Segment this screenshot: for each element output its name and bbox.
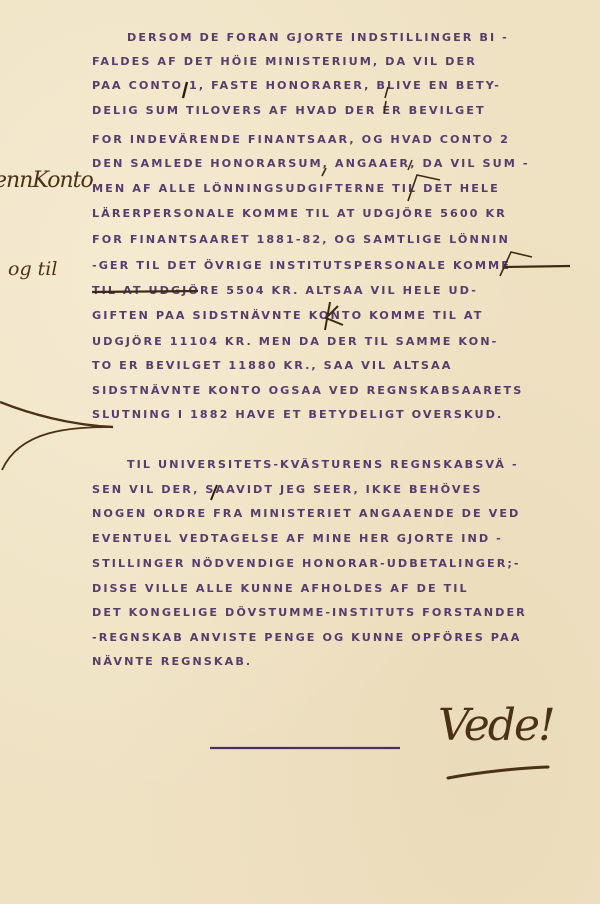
text-line: MEN AF ALLE LÖNNINGSUDGIFTERNE TIL DET H… (92, 183, 500, 196)
text-line: DELIG SUM TILOVERS AF HVAD DER ER BEVILG… (92, 105, 486, 118)
text-line: TIL AT UDGJÖRE 5504 KR. ALTSAA VIL HELE … (92, 285, 478, 298)
text-line: DERSOM DE FORAN GJORTE INDSTILLINGER BI … (127, 32, 509, 45)
text-line: -GER TIL DET ÖVRIGE INSTITUTSPERSONALE K… (92, 260, 511, 273)
text-line: STILLINGER NÖDVENDIGE HONORAR-UDBETALING… (92, 558, 521, 571)
signature: Vede! (438, 700, 554, 751)
text-line: DET KONGELIGE DÖVSTUMME-INSTITUTS FORSTA… (92, 607, 527, 620)
text-line: DISSE VILLE ALLE KUNNE AFHOLDES AF DE TI… (92, 583, 469, 596)
text-line: FOR FINANTSAARET 1881-82, OG SAMTLIGE LÖ… (92, 234, 510, 247)
text-line: LÄRERPERSONALE KOMME TIL AT UDGJÖRE 5600… (92, 208, 507, 221)
text-line: TO ER BEVILGET 11880 KR., SAA VIL ALTSAA (92, 360, 452, 373)
text-line: TIL UNIVERSITETS-KVÄSTURENS REGNSKABSVÄ … (127, 459, 519, 472)
text-line: EVENTUEL VEDTAGELSE AF MINE HER GJORTE I… (92, 533, 503, 546)
text-line: -REGNSKAB ANVISTE PENGE OG KUNNE OPFÖRES… (92, 632, 521, 645)
margin-note-konto: ennKonto (0, 168, 93, 193)
document-page: DERSOM DE FORAN GJORTE INDSTILLINGER BI … (0, 0, 600, 904)
text-line: PAA CONTO 1, FASTE HONORARER, BLIVE EN B… (92, 80, 501, 93)
text-line: DEN SAMLEDE HONORARSUM, ANGAAER, DA VIL … (92, 158, 530, 171)
text-line: FOR INDEVÄRENDE FINANTSAAR, OG HVAD CONT… (92, 134, 510, 147)
margin-note-og-til: og til (8, 258, 57, 280)
text-line: UDGJÖRE 11104 KR. MEN DA DER TIL SAMME K… (92, 336, 498, 349)
text-line: SLUTNING I 1882 HAVE ET BETYDELIGT OVERS… (92, 409, 503, 422)
text-line: NOGEN ORDRE FRA MINISTERIET ANGAAENDE DE… (92, 508, 520, 521)
text-line: NÄVNTE REGNSKAB. (92, 656, 252, 669)
text-line: SEN VIL DER, SAAVIDT JEG SEER, IKKE BEHÖ… (92, 484, 482, 497)
text-line: FALDES AF DET HÖIE MINISTERIUM, DA VIL D… (92, 56, 477, 69)
text-line: GIFTEN PAA SIDSTNÄVNTE KONTO KOMME TIL A… (92, 310, 483, 323)
text-line: SIDSTNÄVNTE KONTO OGSAA VED REGNSKABSAAR… (92, 385, 523, 398)
